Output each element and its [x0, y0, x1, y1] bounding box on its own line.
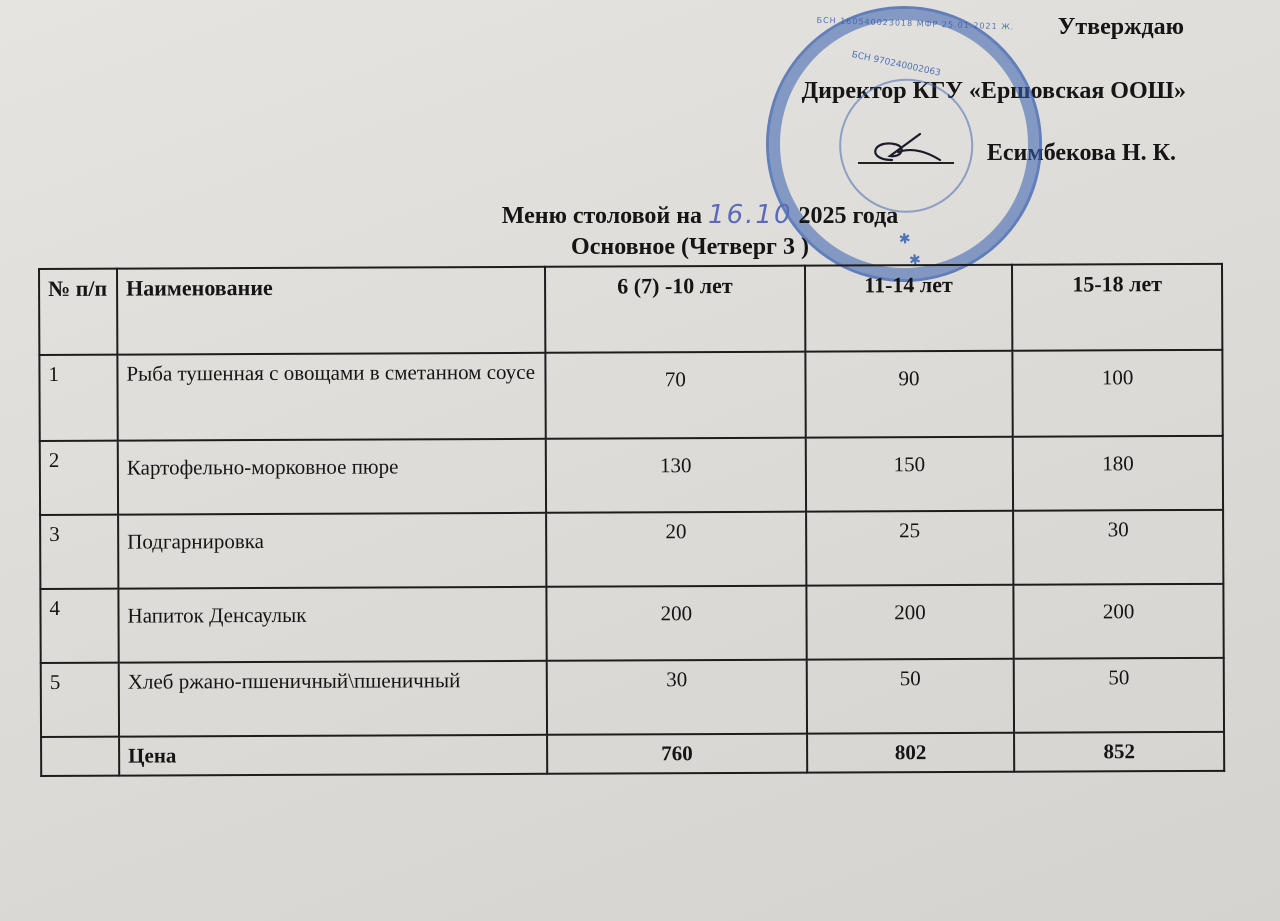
menu-title-suffix: 2025 года	[798, 203, 898, 229]
total-empty-cell	[41, 737, 119, 776]
row-number: 5	[41, 663, 119, 737]
menu-table: № п/п Наименование 6 (7) -10 лет 11-14 л…	[38, 263, 1225, 777]
stamp-top-text: БСН 160540023018 МФР 25.01.2021 Ж.	[816, 16, 1014, 32]
row-number: 3	[40, 515, 118, 589]
dish-name: Картофельно-морковное пюре	[118, 439, 546, 515]
menu-title-prefix: Меню столовой на	[502, 203, 702, 229]
portion-age-11-14: 200	[806, 585, 1014, 660]
approval-title: Утверждаю	[1058, 14, 1184, 41]
portion-age-15-18: 50	[1014, 658, 1224, 733]
header-name: Наименование	[117, 267, 545, 355]
header-number: № п/п	[39, 269, 117, 355]
table-row: 2 Картофельно-морковное пюре 130 150 180	[40, 436, 1223, 515]
table-row: 3 Подгарнировка 20 25 30	[40, 510, 1223, 589]
table-total-row: Цена 760 802 852	[41, 732, 1224, 776]
portion-age-11-14: 150	[805, 437, 1013, 512]
table-row: 4 Напиток Денсаулык 200 200 200	[40, 584, 1223, 663]
table-row: 1 Рыба тушенная с овощами в сметанном со…	[39, 350, 1222, 441]
portion-age-15-18: 180	[1013, 436, 1223, 511]
dish-name: Напиток Денсаулык	[118, 587, 546, 663]
header-age-15-18: 15-18 лет	[1012, 264, 1222, 351]
total-label: Цена	[119, 735, 547, 776]
menu-title: Меню столовой на 16.10 2025 года	[60, 200, 1280, 230]
menu-subtitle: Основное (Четверг 3 )	[50, 234, 1280, 261]
portion-age-6-10: 20	[546, 512, 806, 587]
portion-age-6-10: 130	[546, 438, 806, 513]
handwritten-date: 16.10	[708, 200, 792, 230]
row-number: 2	[40, 441, 118, 515]
portion-age-6-10: 70	[545, 352, 805, 439]
portion-age-6-10: 200	[546, 586, 806, 661]
portion-age-6-10: 30	[547, 660, 807, 735]
table-header-row: № п/п Наименование 6 (7) -10 лет 11-14 л…	[39, 264, 1222, 355]
signature-icon	[862, 130, 942, 166]
portion-age-11-14: 50	[806, 659, 1014, 734]
dish-name: Хлеб ржано-пшеничный\пшеничный	[119, 661, 547, 737]
row-number: 4	[40, 589, 118, 663]
portion-age-11-14: 25	[806, 511, 1014, 586]
row-number: 1	[39, 355, 117, 441]
portion-age-11-14: 90	[805, 351, 1013, 438]
dish-name: Рыба тушенная с овощами в сметанном соус…	[117, 353, 545, 441]
stamp-bin: БСН 970240002063	[851, 50, 942, 79]
header-age-6-10: 6 (7) -10 лет	[545, 266, 805, 353]
dish-name: Подгарнировка	[118, 513, 546, 589]
document-page: Утверждаю Директор КГУ «Ершовская ООШ» Е…	[0, 0, 1280, 921]
portion-age-15-18: 30	[1013, 510, 1223, 585]
header-age-11-14: 11-14 лет	[805, 265, 1013, 352]
price-age-6-10: 760	[547, 734, 807, 774]
price-age-15-18: 852	[1014, 732, 1224, 772]
portion-age-15-18: 100	[1013, 350, 1223, 437]
portion-age-15-18: 200	[1014, 584, 1224, 659]
table-row: 5 Хлеб ржано-пшеничный\пшеничный 30 50 5…	[41, 658, 1224, 737]
price-age-11-14: 802	[807, 733, 1015, 773]
